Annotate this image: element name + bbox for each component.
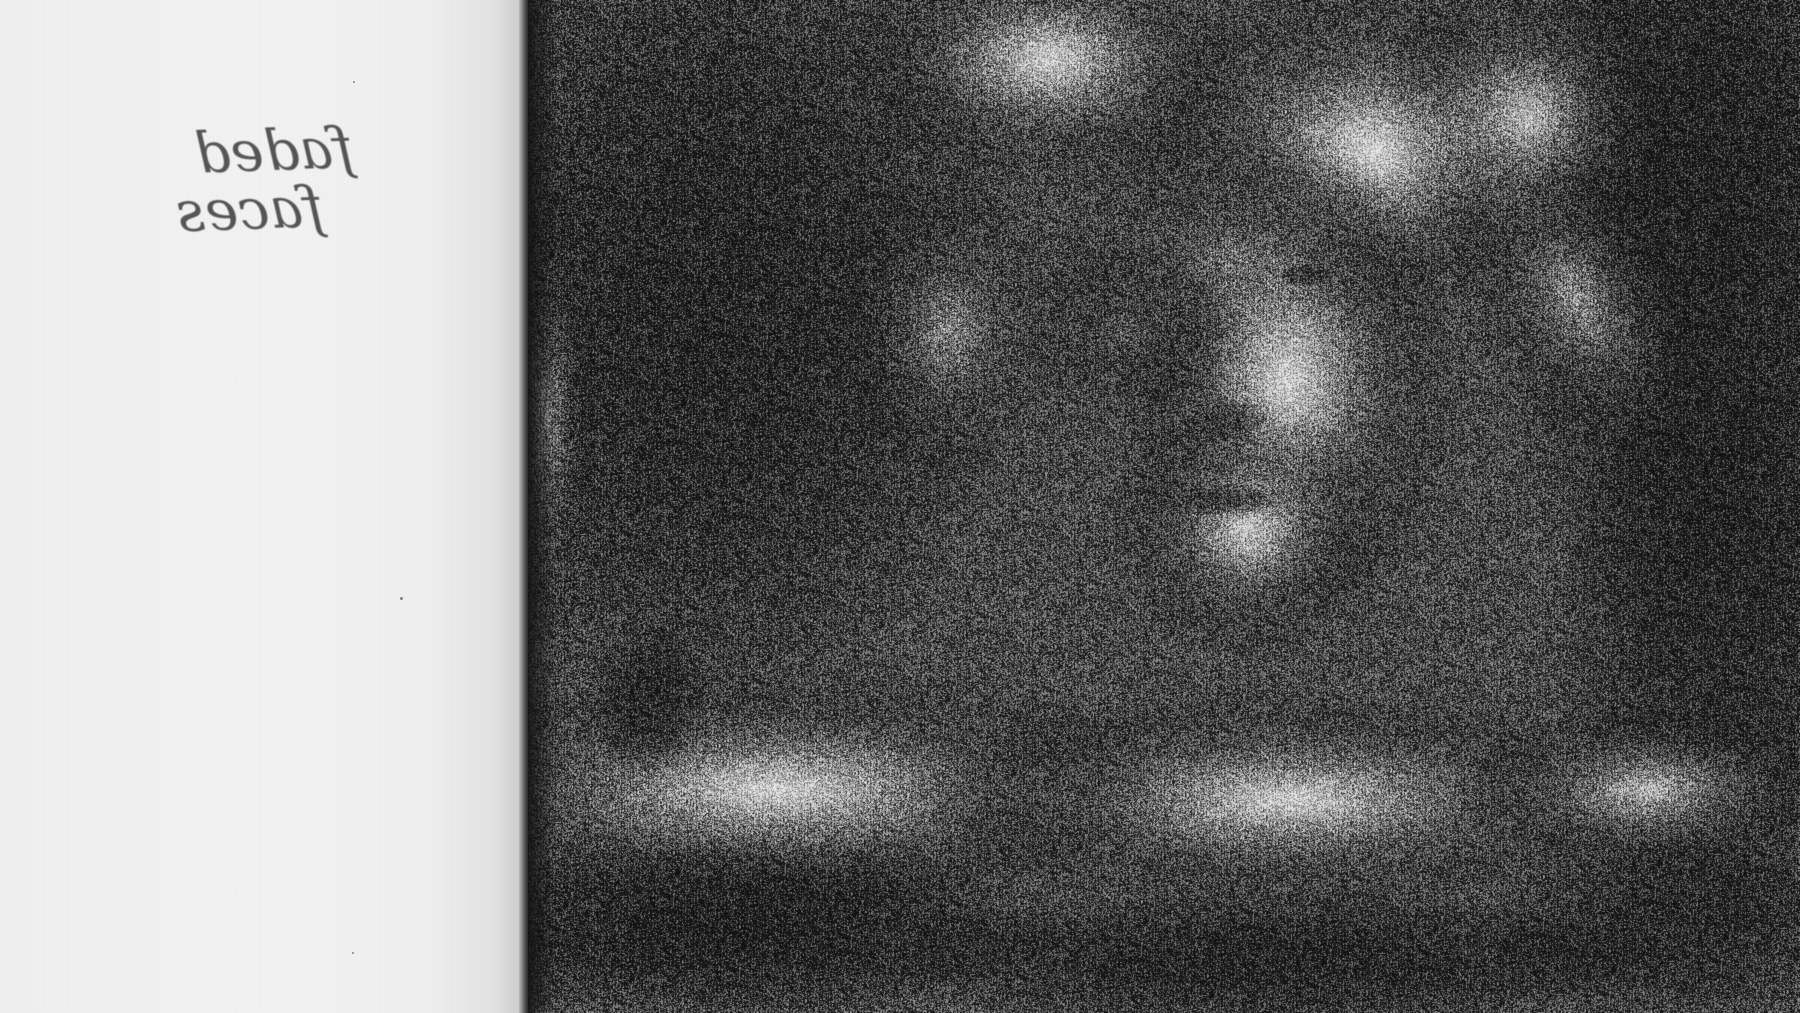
left-page: faded faces [0, 0, 526, 1013]
book-spread: faded faces [0, 0, 1800, 1013]
right-page [528, 0, 1800, 1013]
portrait-print [528, 0, 1800, 1013]
showthrough-title: faded faces [173, 118, 418, 266]
paper-speck [353, 81, 355, 83]
showthrough-line-faces: faces [175, 176, 417, 242]
paper-speck [400, 597, 403, 600]
showthrough-line-faded: faded [173, 118, 415, 184]
paper-speck [352, 952, 354, 954]
